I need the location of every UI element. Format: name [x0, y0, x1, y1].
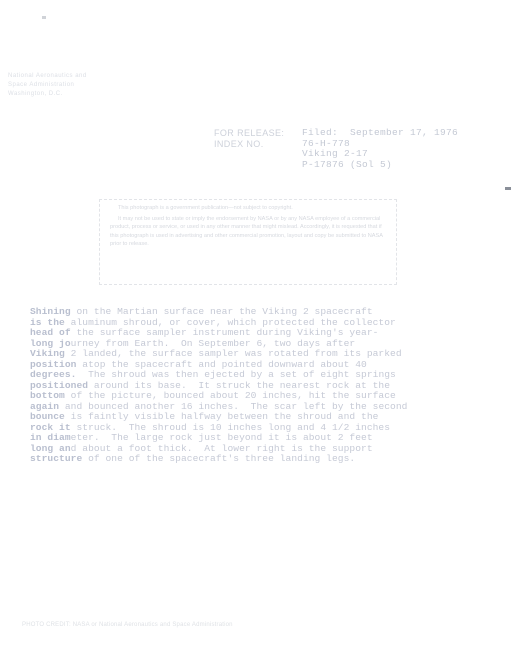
caption-line-lead: in diam: [30, 432, 71, 443]
caption-line-text: d about a foot thick. At lower right is …: [71, 443, 373, 454]
copyright-notice-box: This photograph is a government publicat…: [99, 199, 397, 285]
photo-caption: Shining on the Martian surface near the …: [30, 307, 510, 465]
caption-line-text: urney from Earth. On September 6, two da…: [71, 338, 356, 349]
logo-line: Space Administration: [8, 81, 74, 89]
release-label: [214, 149, 302, 160]
caption-line-text: eter. The large rock just beyond it is a…: [71, 432, 373, 443]
caption-line-lead: is the: [30, 317, 65, 328]
caption-line-lead: positioned: [30, 380, 88, 391]
release-label: FOR RELEASE:: [214, 128, 302, 139]
release-row: FOR RELEASE: Filed: September 17, 1976: [214, 128, 458, 139]
caption-line-text: struck. The shroud is 10 inches long and…: [71, 422, 390, 433]
mission-id: Viking 2-17: [302, 149, 368, 160]
logo-line: National Aeronautics and: [8, 72, 87, 80]
caption-line-lead: degrees.: [30, 369, 76, 380]
caption-line-text: around its base. It struck the nearest r…: [88, 380, 390, 391]
nasa-logo-block: National Aeronautics and Space Administr…: [4, 14, 84, 104]
caption-line-lead: rock it: [30, 422, 71, 433]
caption-line: structure of one of the spacecraft's thr…: [30, 454, 510, 465]
caption-line-text: aluminum shroud, or cover, which protect…: [65, 317, 396, 328]
logo-mark-icon: [42, 16, 46, 19]
photo-credit: PHOTO CREDIT: NASA or National Aeronauti…: [22, 622, 233, 628]
caption-line-lead: bounce: [30, 411, 65, 422]
caption-line-text: atop the spacecraft and pointed downward…: [76, 359, 366, 370]
caption-line-text: the surface sampler instrument during Vi…: [71, 327, 379, 338]
index-label: INDEX NO.: [214, 139, 302, 150]
caption-line-text: and bounced another 16 inches. The scar …: [59, 401, 407, 412]
release-header: FOR RELEASE: Filed: September 17, 1976 I…: [214, 128, 458, 170]
caption-line-lead: long jo: [30, 338, 71, 349]
caption-line-lead: structure: [30, 453, 82, 464]
release-row: P-17876 (Sol 5): [214, 160, 458, 171]
caption-line-text: The shroud was then ejected by a set of …: [76, 369, 395, 380]
photo-number: P-17876 (Sol 5): [302, 160, 392, 171]
release-row: Viking 2-17: [214, 149, 458, 160]
caption-line-lead: bottom: [30, 390, 65, 401]
caption-line-text: of the picture, bounced about 20 inches,…: [65, 390, 396, 401]
caption-line-lead: long an: [30, 443, 71, 454]
caption-line-lead: Shining: [30, 306, 71, 317]
caption-line-text: of one of the spacecraft's three landing…: [82, 453, 355, 464]
caption-line-text: on the Martian surface near the Viking 2…: [71, 306, 373, 317]
caption-line-text: is faintly visible halfway between the s…: [65, 411, 379, 422]
caption-line-lead: again: [30, 401, 59, 412]
logo-line: Washington, D.C.: [8, 90, 63, 98]
notice-paragraph: This photograph is a government publicat…: [110, 204, 388, 213]
caption-line-lead: head of: [30, 327, 71, 338]
release-date: Filed: September 17, 1976: [302, 128, 458, 139]
scan-speck: [505, 187, 511, 190]
caption-line-lead: Viking: [30, 348, 65, 359]
release-label: [214, 160, 302, 171]
caption-line-lead: position: [30, 359, 76, 370]
caption-line-text: 2 landed, the surface sampler was rotate…: [65, 348, 402, 359]
notice-paragraph: It may not be used to state or imply the…: [110, 215, 388, 249]
